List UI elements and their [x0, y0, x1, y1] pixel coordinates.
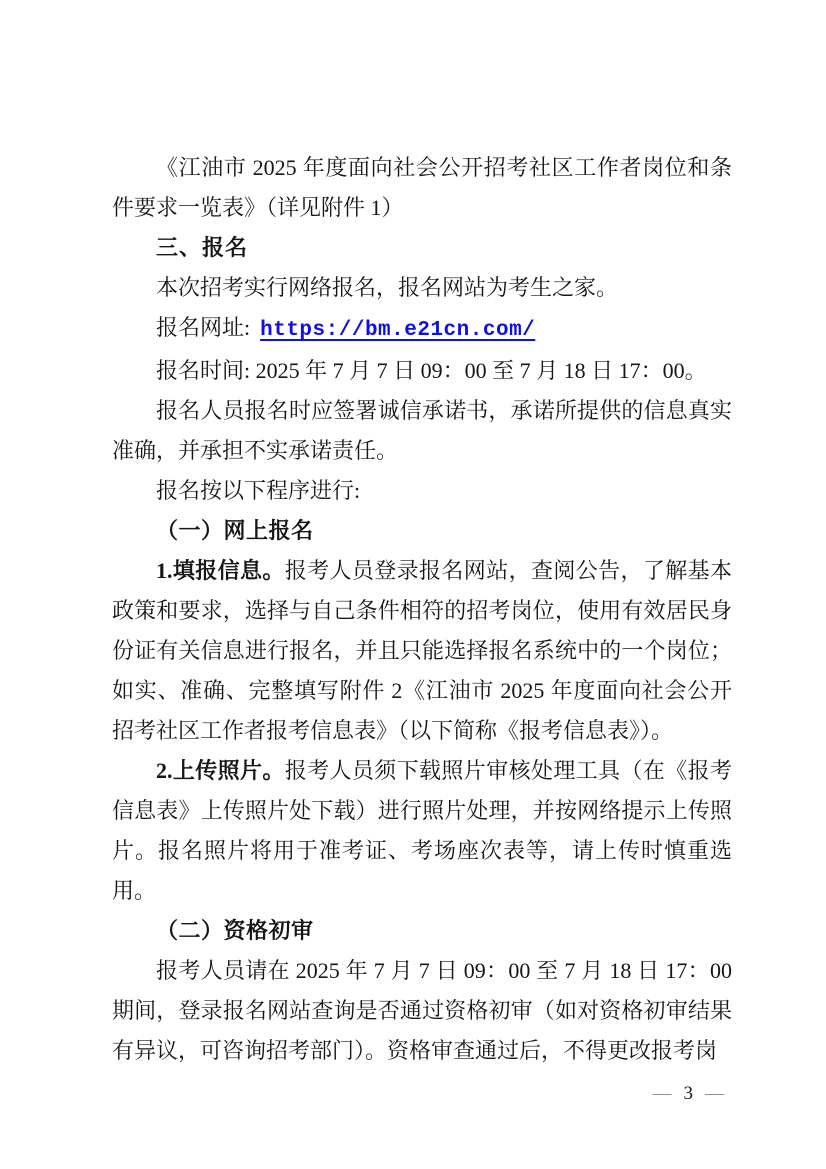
document-page: 《江油市 2025 年度面向社会公开招考社区工作者岗位和条件要求一览表》（详见附…: [0, 0, 826, 1169]
paragraph-qualification-review: 报考人员请在 2025 年 7 月 7 日 09：00 至 7 月 18 日 1…: [112, 951, 732, 1071]
registration-url-link[interactable]: https://bm.e21cn.com/: [260, 319, 535, 342]
document-body: 《江油市 2025 年度面向社会公开招考社区工作者岗位和条件要求一览表》（详见附…: [112, 148, 732, 1071]
paragraph-attachment-reference: 《江油市 2025 年度面向社会公开招考社区工作者岗位和条件要求一览表》（详见附…: [112, 148, 732, 228]
section-heading-registration: 三、报名: [112, 228, 732, 268]
paragraph-procedure-intro: 报名按以下程序进行:: [112, 471, 732, 511]
fill-info-lead: 1.填报信息。: [156, 558, 285, 583]
page-number-dash-left: —: [653, 1083, 672, 1104]
paragraph-upload-photo: 2.上传照片。报考人员须下载照片审核处理工具（在《报考信息表》上传照片处下载）进…: [112, 751, 732, 911]
paragraph-online-intro: 本次招考实行网络报名，报名网站为考生之家。: [112, 268, 732, 308]
subheading-online-registration: （一）网上报名: [112, 511, 732, 551]
page-number-value: 3: [672, 1083, 706, 1104]
paragraph-registration-time: 报名时间: 2025 年 7 月 7 日 09：00 至 7 月 18 日 17…: [112, 351, 732, 391]
paragraph-fill-info: 1.填报信息。报考人员登录报名网站，查阅公告，了解基本政策和要求，选择与自己条件…: [112, 551, 732, 751]
registration-url-label: 报名网址:: [156, 315, 250, 340]
subheading-qualification-review: （二）资格初审: [112, 911, 732, 951]
upload-photo-lead: 2.上传照片。: [156, 758, 285, 783]
page-number: —3—: [653, 1082, 725, 1106]
page-number-dash-right: —: [705, 1083, 724, 1104]
paragraph-registration-url: 报名网址:https://bm.e21cn.com/: [112, 308, 732, 351]
paragraph-commitment: 报名人员报名时应签署诚信承诺书，承诺所提供的信息真实准确，并承担不实承诺责任。: [112, 391, 732, 471]
fill-info-body: 报考人员登录报名网站，查阅公告，了解基本政策和要求，选择与自己条件相符的招考岗位…: [112, 558, 732, 743]
